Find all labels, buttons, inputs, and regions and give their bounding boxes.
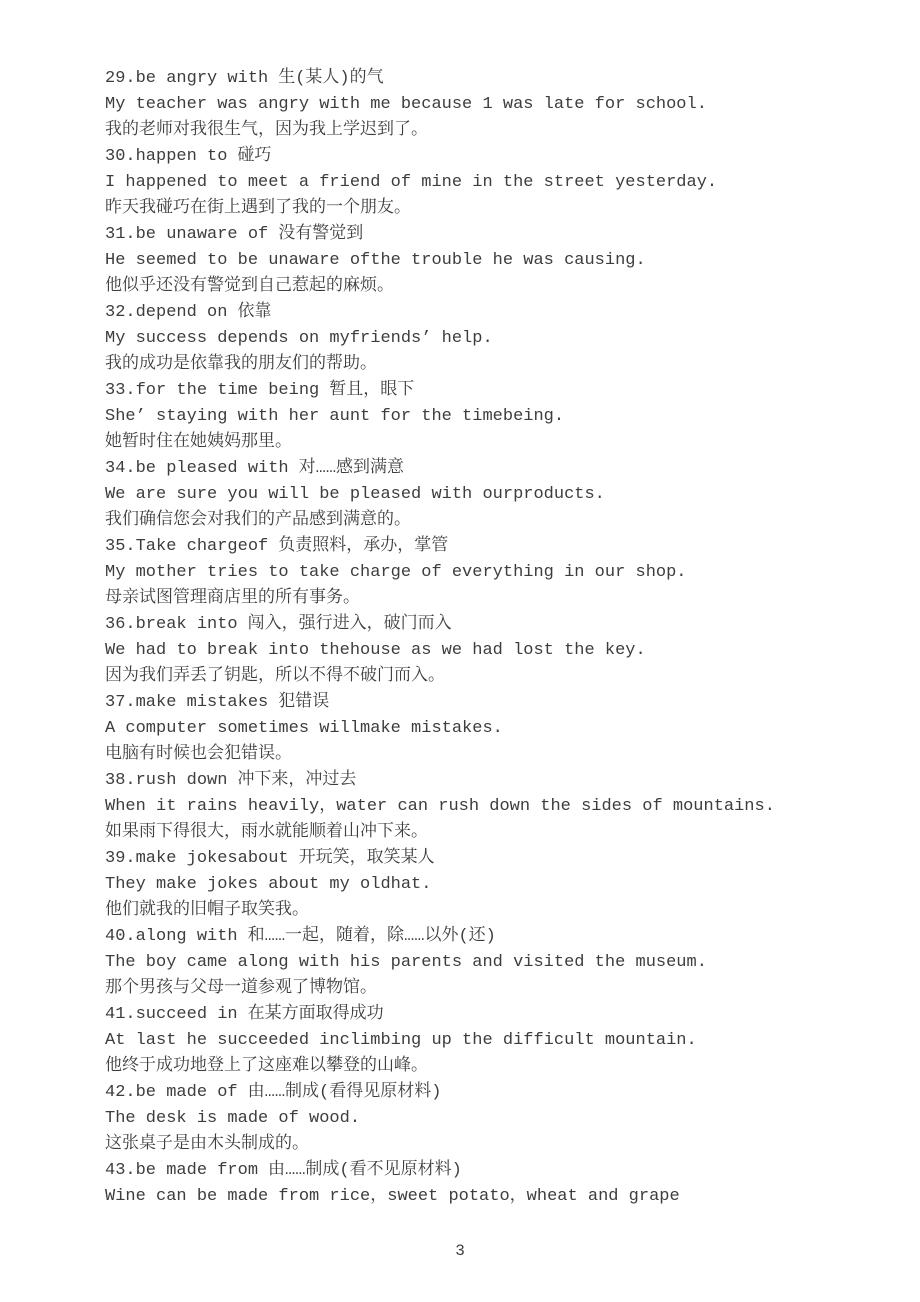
entry-number: 42. <box>105 1083 136 1102</box>
entry-phrase-line: 36.break into闯入，强行进入，破门而入 <box>105 612 880 638</box>
entry: 38.rush down冲下来，冲过去 When it rains heavil… <box>105 768 880 846</box>
entry-translation: 他似乎还没有警觉到自己惹起的麻烦。 <box>105 274 880 300</box>
entry-phrase-line: 32.depend on依靠 <box>105 300 880 326</box>
entry-number: 37. <box>105 693 136 712</box>
entry-phrase-line: 33.for the time being暂且，眼下 <box>105 378 880 404</box>
entry-translation: 昨天我碰巧在街上遇到了我的一个朋友。 <box>105 196 880 222</box>
entry-meaning: 没有警觉到 <box>278 225 363 244</box>
entry-number: 39. <box>105 849 136 868</box>
entry-meaning: 犯错误 <box>278 693 329 712</box>
entry-example-sentence: At last he succeeded inclimbing up the d… <box>105 1028 880 1054</box>
entry: 32.depend on依靠 My success depends on myf… <box>105 300 880 378</box>
entry-phrase-line: 40.along with和……一起，随着，除……以外(还) <box>105 924 880 950</box>
entry: 43.be made from由……制成(看不见原材料) Wine can be… <box>105 1158 880 1210</box>
entry-example-sentence: A computer sometimes willmake mistakes. <box>105 716 880 742</box>
entry: 39.make jokesabout开玩笑，取笑某人 They make jok… <box>105 846 880 924</box>
entry-number: 43. <box>105 1161 136 1180</box>
entry-number: 33. <box>105 381 136 400</box>
entries-list: 29.be angry with生(某人)的气 My teacher was a… <box>105 66 880 1210</box>
entry: 31.be unaware of没有警觉到 He seemed to be un… <box>105 222 880 300</box>
entry-example-sentence: She’ staying with her aunt for the timeb… <box>105 404 880 430</box>
entry-phrase: for the time being <box>136 381 320 400</box>
entry-phrase: be unaware of <box>136 225 269 244</box>
entry-phrase: Take chargeof <box>136 537 269 556</box>
entry-phrase: be pleased with <box>136 459 289 478</box>
entry: 37.make mistakes犯错误 A computer sometimes… <box>105 690 880 768</box>
entry-phrase-line: 43.be made from由……制成(看不见原材料) <box>105 1158 880 1184</box>
entry-phrase: be made of <box>136 1083 238 1102</box>
entry-meaning: 冲下来，冲过去 <box>237 771 356 790</box>
page-number: 3 <box>0 1238 920 1264</box>
entry-phrase-line: 42.be made of由……制成(看得见原材料) <box>105 1080 880 1106</box>
entry-phrase-line: 35.Take chargeof负责照料，承办，掌管 <box>105 534 880 560</box>
entry-phrase-line: 30.happen to碰巧 <box>105 144 880 170</box>
entry-translation: 这张桌子是由木头制成的。 <box>105 1132 880 1158</box>
entry-number: 30. <box>105 147 136 166</box>
entry-phrase: make jokesabout <box>136 849 289 868</box>
entry: 33.for the time being暂且，眼下 She’ staying … <box>105 378 880 456</box>
entry-meaning: 由……制成(看得见原材料) <box>248 1083 442 1102</box>
entry-phrase: be angry with <box>136 69 269 88</box>
document-page: 29.be angry with生(某人)的气 My teacher was a… <box>0 0 920 1302</box>
entry-example-sentence: They make jokes about my oldhat. <box>105 872 880 898</box>
entry: 42.be made of由……制成(看得见原材料) The desk is m… <box>105 1080 880 1158</box>
entry-translation: 母亲试图管理商店里的所有事务。 <box>105 586 880 612</box>
entry-example-sentence: When it rains heavily，water can rush dow… <box>105 794 880 820</box>
entry-phrase: depend on <box>136 303 228 322</box>
entry-meaning: 暂且，眼下 <box>329 381 414 400</box>
entry-phrase: be made from <box>136 1161 258 1180</box>
entry-example-sentence: My teacher was angry with me because 1 w… <box>105 92 880 118</box>
entry-meaning: 负责照料，承办，掌管 <box>278 537 448 556</box>
entry-phrase-line: 39.make jokesabout开玩笑，取笑某人 <box>105 846 880 872</box>
entry: 36.break into闯入，强行进入，破门而入 We had to brea… <box>105 612 880 690</box>
entry-phrase-line: 34.be pleased with对……感到满意 <box>105 456 880 482</box>
entry: 30.happen to碰巧 I happened to meet a frie… <box>105 144 880 222</box>
entry-phrase-line: 29.be angry with生(某人)的气 <box>105 66 880 92</box>
entry-phrase: make mistakes <box>136 693 269 712</box>
entry-example-sentence: The desk is made of wood. <box>105 1106 880 1132</box>
entry-translation: 电脑有时候也会犯错误。 <box>105 742 880 768</box>
entry-number: 29. <box>105 69 136 88</box>
entry-phrase: rush down <box>136 771 228 790</box>
entry-example-sentence: He seemed to be unaware ofthe trouble he… <box>105 248 880 274</box>
entry-meaning: 生(某人)的气 <box>278 69 383 88</box>
entry-translation: 那个男孩与父母一道参观了博物馆。 <box>105 976 880 1002</box>
entry-translation: 我们确信您会对我们的产品感到满意的。 <box>105 508 880 534</box>
entry-example-sentence: We had to break into thehouse as we had … <box>105 638 880 664</box>
entry-meaning: 开玩笑，取笑某人 <box>299 849 435 868</box>
entry-meaning: 在某方面取得成功 <box>248 1005 384 1024</box>
entry-translation: 我的老师对我很生气，因为我上学迟到了。 <box>105 118 880 144</box>
entry-meaning: 闯入，强行进入，破门而入 <box>248 615 452 634</box>
entry-example-sentence: The boy came along with his parents and … <box>105 950 880 976</box>
entry-meaning: 和……一起，随着，除……以外(还) <box>248 927 496 946</box>
entry-phrase-line: 38.rush down冲下来，冲过去 <box>105 768 880 794</box>
entry: 34.be pleased with对……感到满意 We are sure yo… <box>105 456 880 534</box>
entry-number: 36. <box>105 615 136 634</box>
entry-phrase: break into <box>136 615 238 634</box>
entry-example-sentence: We are sure you will be pleased with our… <box>105 482 880 508</box>
entry-meaning: 依靠 <box>237 303 271 322</box>
entry-number: 41. <box>105 1005 136 1024</box>
entry-phrase: happen to <box>136 147 228 166</box>
entry-example-sentence: I happened to meet a friend of mine in t… <box>105 170 880 196</box>
entry-example-sentence: My mother tries to take charge of everyt… <box>105 560 880 586</box>
entry-example-sentence: Wine can be made from rice，sweet potato，… <box>105 1184 880 1210</box>
entry-number: 40. <box>105 927 136 946</box>
entry-meaning: 碰巧 <box>237 147 271 166</box>
entry-number: 38. <box>105 771 136 790</box>
entry-phrase-line: 31.be unaware of没有警觉到 <box>105 222 880 248</box>
entry: 41.succeed in在某方面取得成功 At last he succeed… <box>105 1002 880 1080</box>
entry-translation: 他们就我的旧帽子取笑我。 <box>105 898 880 924</box>
entry-translation: 如果雨下得很大，雨水就能顺着山冲下来。 <box>105 820 880 846</box>
entry-meaning: 由……制成(看不见原材料) <box>268 1161 462 1180</box>
entry-number: 34. <box>105 459 136 478</box>
entry: 29.be angry with生(某人)的气 My teacher was a… <box>105 66 880 144</box>
entry-meaning: 对……感到满意 <box>299 459 404 478</box>
entry-number: 32. <box>105 303 136 322</box>
entry-number: 35. <box>105 537 136 556</box>
entry-example-sentence: My success depends on myfriends’ help. <box>105 326 880 352</box>
entry-translation: 我的成功是依靠我的朋友们的帮助。 <box>105 352 880 378</box>
entry: 35.Take chargeof负责照料，承办，掌管 My mother tri… <box>105 534 880 612</box>
entry-phrase: succeed in <box>136 1005 238 1024</box>
entry-translation: 她暂时住在她姨妈那里。 <box>105 430 880 456</box>
entry-phrase-line: 37.make mistakes犯错误 <box>105 690 880 716</box>
entry-translation: 因为我们弄丢了钥匙，所以不得不破门而入。 <box>105 664 880 690</box>
entry-number: 31. <box>105 225 136 244</box>
entry: 40.along with和……一起，随着，除……以外(还) The boy c… <box>105 924 880 1002</box>
entry-phrase-line: 41.succeed in在某方面取得成功 <box>105 1002 880 1028</box>
entry-translation: 他终于成功地登上了这座难以攀登的山峰。 <box>105 1054 880 1080</box>
entry-phrase: along with <box>136 927 238 946</box>
